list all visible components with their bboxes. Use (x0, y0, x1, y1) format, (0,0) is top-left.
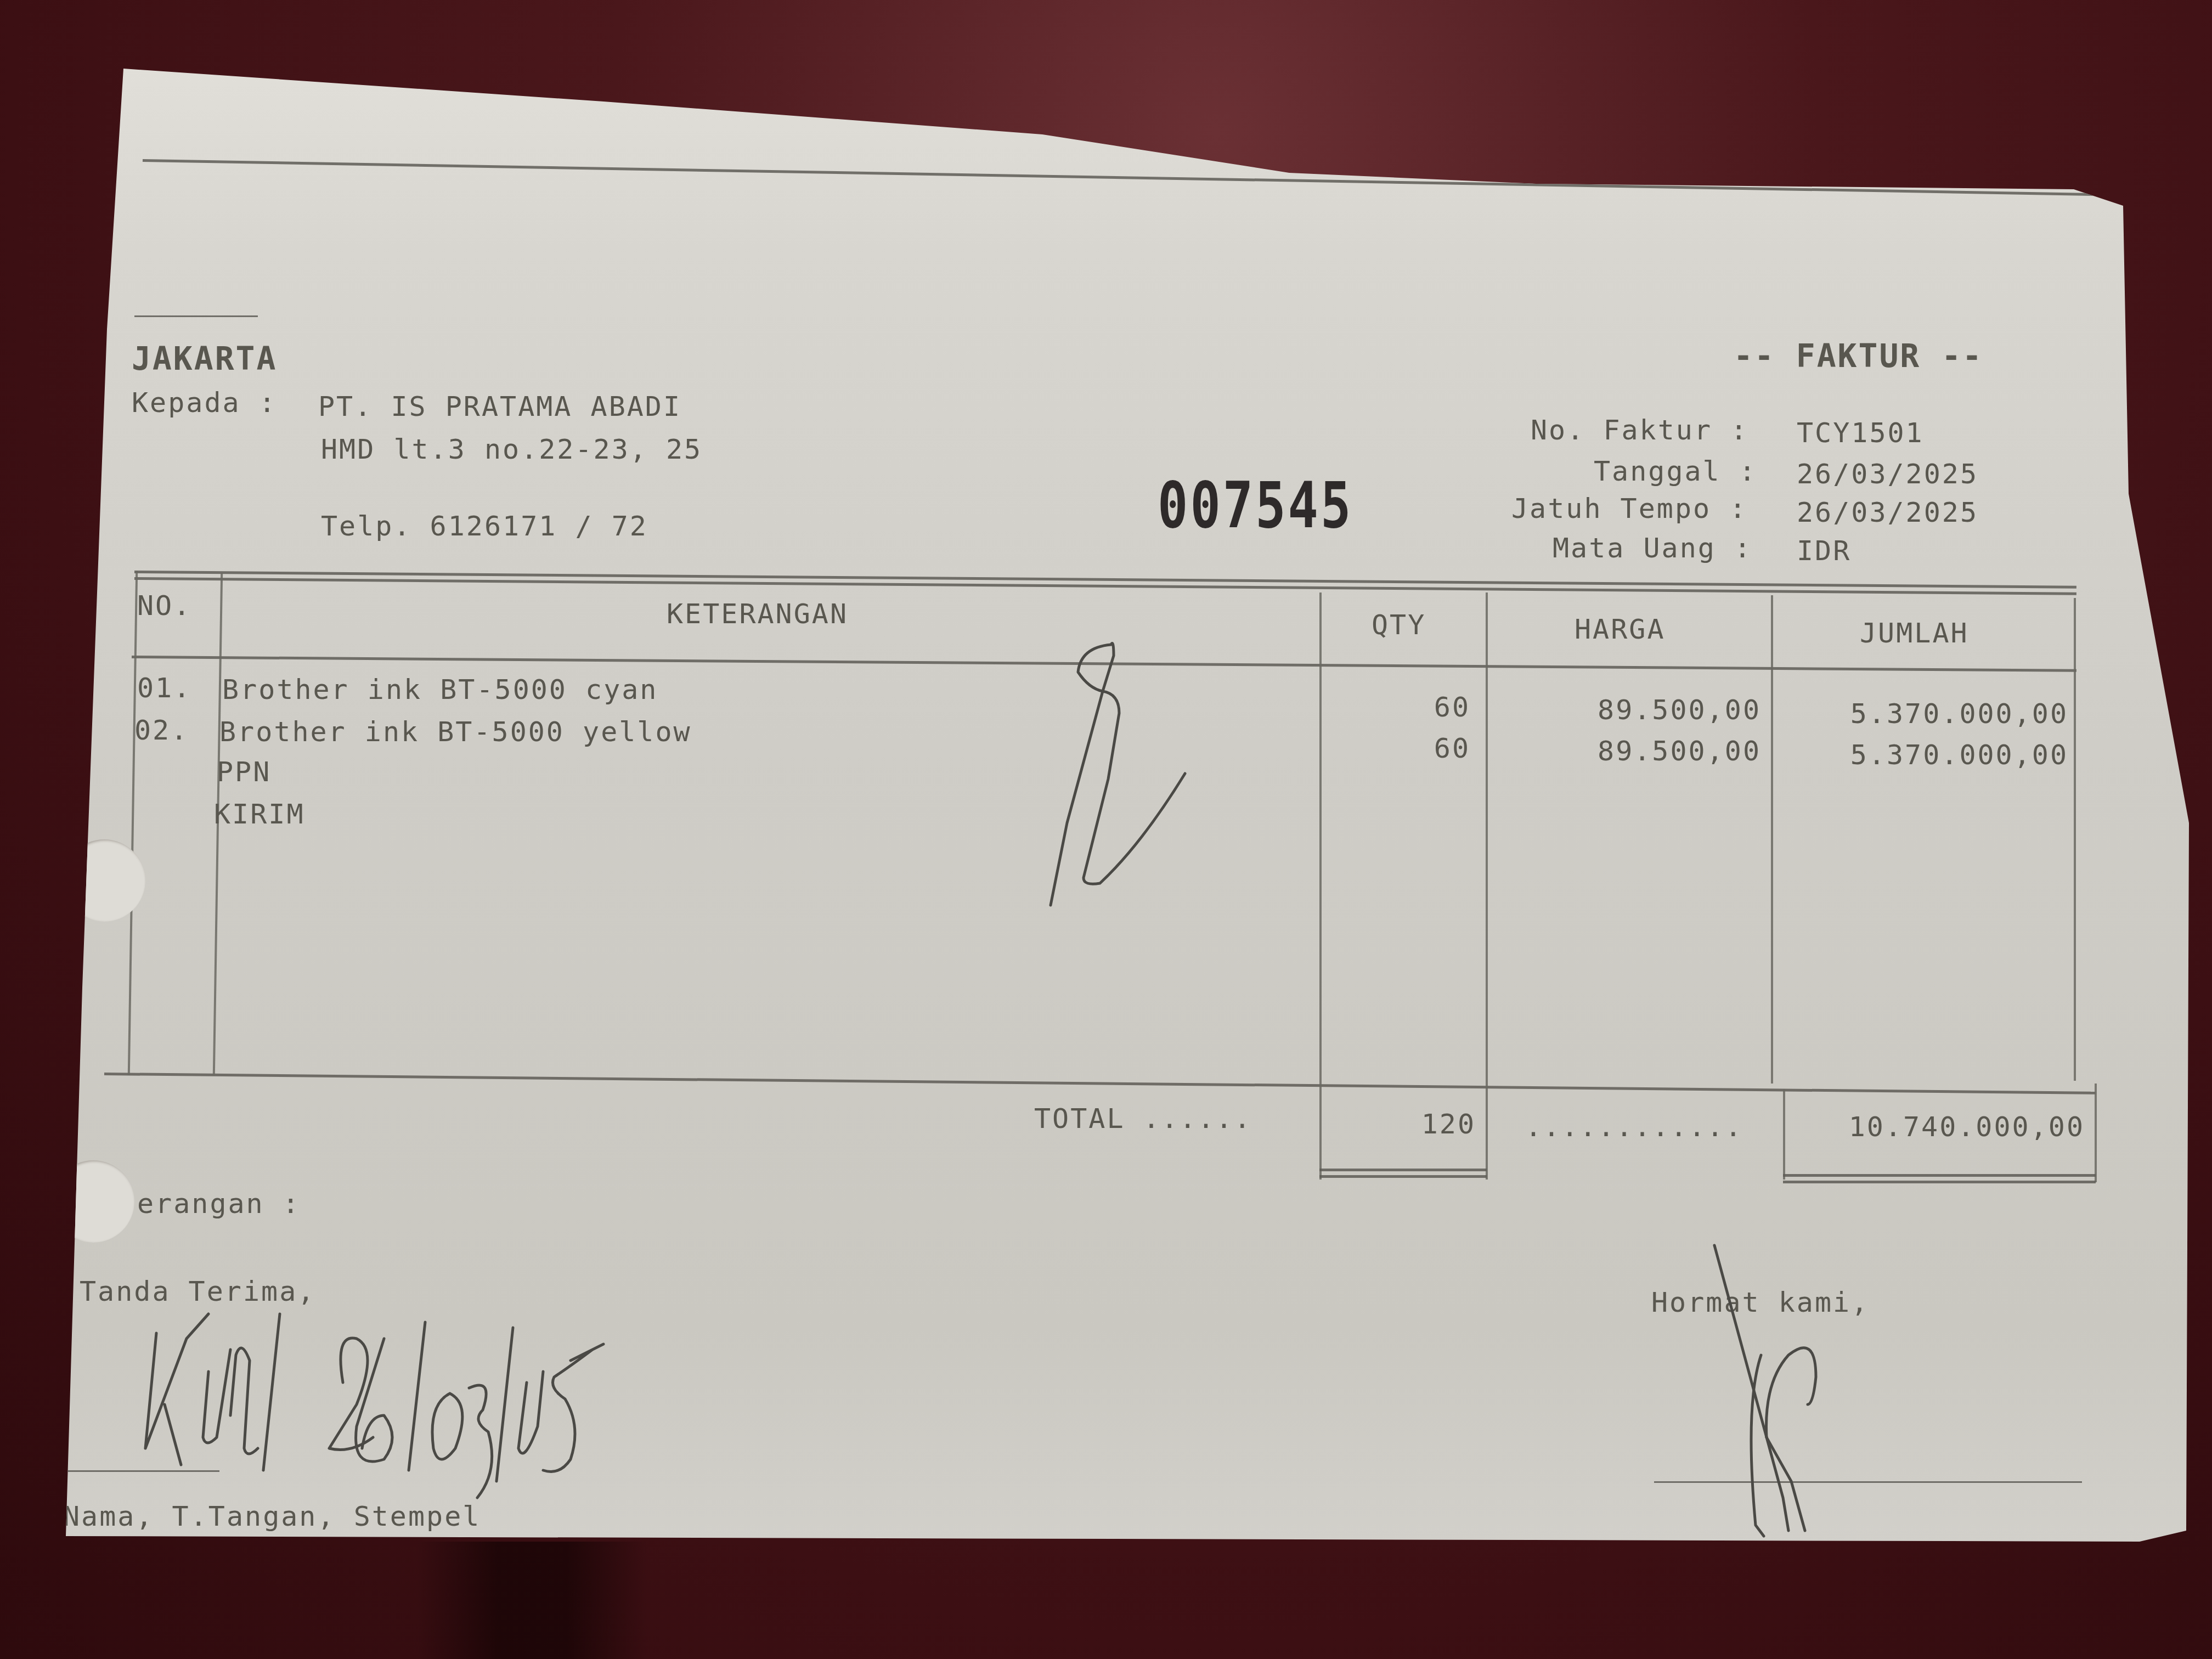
invoice-paper: JAKARTA Kepada : PT. IS PRATAMA ABADI HM… (0, 0, 2212, 1659)
table-shadow (417, 1542, 647, 1659)
table-handwritten-mark (0, 0, 2212, 1659)
